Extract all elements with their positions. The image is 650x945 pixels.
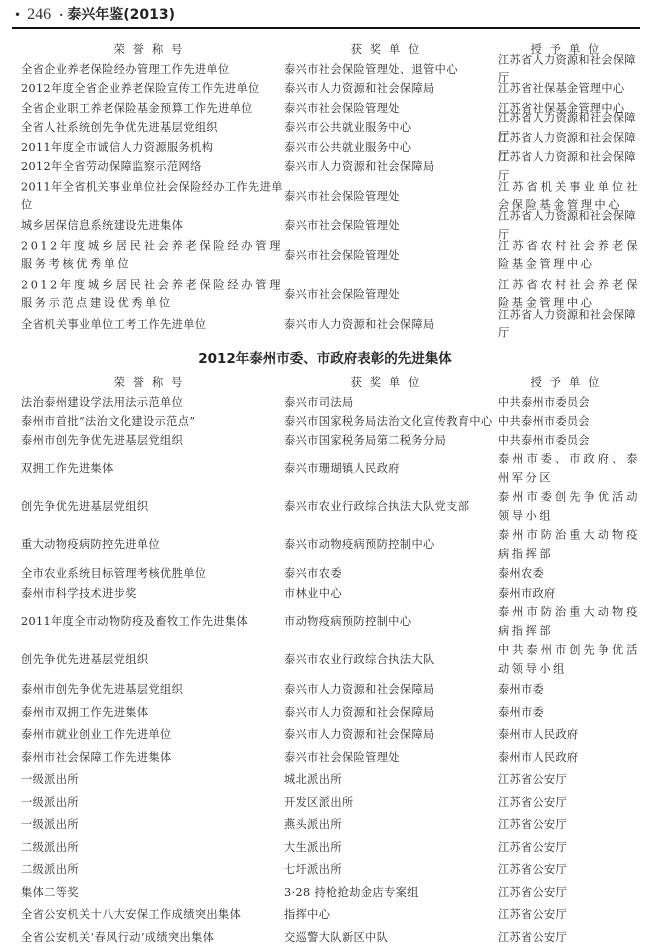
table-row: 泰州市社会保障工作先进集体泰兴市社会保险管理处泰州市人民政府 <box>0 747 650 770</box>
grantor-cell: 泰州市人民政府 <box>498 726 640 745</box>
recipient-cell: 泰兴市国家税务局法治文化宣传教育中心 <box>284 412 494 431</box>
grantor-cell: 江苏省公安厅 <box>498 906 640 925</box>
grantor-cell: 江苏省公安厅 <box>498 794 640 813</box>
table-row: 2012年度全省企业养老保险宣传工作先进单位泰兴市人力资源和社会保障局江苏省社保… <box>0 80 650 100</box>
honor-cell: 一级派出所 <box>21 794 283 813</box>
recipient-cell: 泰兴市公共就业服务中心 <box>284 139 494 158</box>
honor-cell: 法治泰州建设学法用法示范单位 <box>21 393 283 412</box>
honor-cell: 一级派出所 <box>21 771 283 790</box>
table-row: 全省企业养老保险经办管理工作先进单位泰兴市社会保险管理处、退管中心江苏省人力资源… <box>0 60 650 80</box>
honor-cell: 二级派出所 <box>21 861 283 880</box>
table-header: 荣誉称号 获奖单位 授予单位 <box>0 373 650 393</box>
col-header-recipient: 获奖单位 <box>284 41 494 60</box>
honor-cell: 2011年度全市动物防疫及畜牧工作先进集体 <box>21 613 283 632</box>
recipient-cell: 开发区派出所 <box>284 794 494 813</box>
recipient-cell: 泰兴市动物疫病预防控制中心 <box>284 536 494 555</box>
grantor-cell: 江苏省公安厅 <box>498 929 640 945</box>
table-row: 法治泰州建设学法用法示范单位泰兴市司法局中共泰州市委员会 <box>0 393 650 412</box>
table-row: 全省机关事业单位工考工作先进单位泰兴市人力资源和社会保障局江苏省人力资源和社会保… <box>0 314 650 335</box>
book-title: 泰兴年鉴(2013) <box>67 4 175 24</box>
recipient-cell: 泰兴市农业行政综合执法大队党支部 <box>284 498 494 517</box>
recipient-cell: 泰兴市社会保险管理处 <box>284 285 494 304</box>
grantor-cell: 江苏省农村社会养老保险基金管理中心 <box>498 237 640 274</box>
honor-cell: 全省公安机关‘春风行动’成绩突出集体 <box>21 929 283 945</box>
table-row: 二级派出所大生派出所江苏省公安厅 <box>0 837 650 860</box>
recipient-cell: 泰兴市人力资源和社会保障局 <box>284 726 494 745</box>
honor-cell: 城乡居保信息系统建设先进集体 <box>21 217 283 236</box>
table-row: 二级派出所七圩派出所江苏省公安厅 <box>0 859 650 882</box>
grantor-cell: 江苏省公安厅 <box>498 861 640 880</box>
awards-table-1: 荣誉称号 获奖单位 授予单位 全省企业养老保险经办管理工作先进单位泰兴市社会保险… <box>0 40 650 335</box>
recipient-cell: 市林业中心 <box>284 584 494 603</box>
honor-cell: 全省公安机关十八大安保工作成绩突出集体 <box>21 906 283 925</box>
table-row: 2012年度城乡居民社会养老保险经办管理服务考核优秀单位泰兴市社会保险管理处江苏… <box>0 236 650 275</box>
honor-cell: 2011年全省机关事业单位社会保险经办工作先进单位 <box>21 178 283 215</box>
honor-cell: 2012年度城乡居民社会养老保险经办管理服务示范点建设优秀单位 <box>21 276 283 313</box>
honor-cell: 双拥工作先进集体 <box>21 460 283 479</box>
page-header: • 246 · 泰兴年鉴(2013) <box>14 4 175 24</box>
recipient-cell: 泰兴市司法局 <box>284 393 494 412</box>
honor-cell: 全省企业职工养老保险基金预算工作先进单位 <box>21 100 283 119</box>
honor-cell: 创先争优先进基层党组织 <box>21 651 283 670</box>
honor-cell: 泰州市就业创业工作先进单位 <box>21 726 283 745</box>
header-rule <box>12 27 640 29</box>
table-row: 全省公安机关‘春风行动’成绩突出集体交巡警大队新区中队江苏省公安厅 <box>0 927 650 945</box>
recipient-cell: 泰兴市人力资源和社会保障局 <box>284 158 494 177</box>
table-row: 全市农业系统目标管理考核优胜单位泰兴市农委泰州农委 <box>0 564 650 584</box>
recipient-cell: 泰兴市人力资源和社会保障局 <box>284 315 494 334</box>
grantor-cell: 江苏省公安厅 <box>498 816 640 835</box>
honor-cell: 创先争优先进基层党组织 <box>21 498 283 517</box>
honor-cell: 重大动物疫病防控先进单位 <box>21 536 283 555</box>
grantor-cell: 中共泰州市委员会 <box>498 393 640 412</box>
recipient-cell: 泰兴市农业行政综合执法大队 <box>284 651 494 670</box>
honor-cell: 集体二等奖 <box>21 884 283 903</box>
grantor-cell: 中共泰州市委员会 <box>498 431 640 450</box>
table-row: 创先争优先进基层党组织泰兴市农业行政综合执法大队中共泰州市创先争优活动领导小组 <box>0 641 650 679</box>
honor-cell: 泰州市双拥工作先进集体 <box>21 704 283 723</box>
recipient-cell: 泰兴市国家税务局第二税务分局 <box>284 431 494 450</box>
grantor-cell: 泰州市委 <box>498 681 640 700</box>
table-row: 一级派出所开发区派出所江苏省公安厅 <box>0 792 650 815</box>
grantor-cell: 泰州市人民政府 <box>498 749 640 768</box>
grantor-cell: 泰州市防治重大动物疫病指挥部 <box>498 527 640 564</box>
table-row: 一级派出所燕头派出所江苏省公安厅 <box>0 814 650 837</box>
recipient-cell: 交巡警大队新区中队 <box>284 929 494 945</box>
recipient-cell: 泰兴市农委 <box>284 565 494 584</box>
bullet-icon: · <box>59 8 63 22</box>
honor-cell: 一级派出所 <box>21 816 283 835</box>
grantor-cell: 江苏省公安厅 <box>498 839 640 858</box>
col-header-recipient: 获奖单位 <box>284 374 494 393</box>
table-row: 泰州市创先争优先进基层党组织泰兴市国家税务局第二税务分局中共泰州市委员会 <box>0 431 650 450</box>
grantor-cell: 江苏省人力资源和社会保障厅 <box>498 306 640 343</box>
honor-cell: 2011年度全市诚信人力资源服务机构 <box>21 139 283 158</box>
honor-cell: 全市农业系统目标管理考核优胜单位 <box>21 565 283 584</box>
table-row: 一级派出所城北派出所江苏省公安厅 <box>0 769 650 792</box>
col-header-honor: 荣誉称号 <box>21 41 283 60</box>
recipient-cell: 泰兴市社会保险管理处 <box>284 187 494 206</box>
table-row: 城乡居保信息系统建设先进集体泰兴市社会保险管理处江苏省人力资源和社会保障厅 <box>0 216 650 236</box>
table-row: 泰州市科学技术进步奖市林业中心泰州市政府 <box>0 584 650 603</box>
recipient-cell: 3·28 持枪抢劫金店专案组 <box>284 884 494 903</box>
table-row: 集体二等奖3·28 持枪抢劫金店专案组江苏省公安厅 <box>0 882 650 905</box>
honor-cell: 泰州市首批“法治文化建设示范点” <box>21 412 283 431</box>
table-row: 2011年度全市动物防疫及畜牧工作先进集体市动物疫病预防控制中心泰州市防治重大动… <box>0 603 650 641</box>
grantor-cell: 中共泰州市委员会 <box>498 412 640 431</box>
grantor-cell: 泰州市政府 <box>498 584 640 603</box>
recipient-cell: 指挥中心 <box>284 906 494 925</box>
honor-cell: 泰州市科学技术进步奖 <box>21 584 283 603</box>
recipient-cell: 市动物疫病预防控制中心 <box>284 613 494 632</box>
recipient-cell: 泰兴市社会保险管理处 <box>284 749 494 768</box>
grantor-cell: 江苏省社保基金管理中心 <box>498 80 640 99</box>
page-number: 246 <box>27 6 51 24</box>
honor-cell: 全省人社系统创先争优先进基层党组织 <box>21 119 283 138</box>
grantor-cell: 泰州市委 <box>498 704 640 723</box>
table-row: 2012年全省劳动保障监察示范网络泰兴市人力资源和社会保障局江苏省人力资源和社会… <box>0 158 650 178</box>
recipient-cell: 七圩派出所 <box>284 861 494 880</box>
grantor-cell: 泰州农委 <box>498 565 640 584</box>
recipient-cell: 城北派出所 <box>284 771 494 790</box>
grantor-cell: 泰州市委创先争优活动领导小组 <box>498 489 640 526</box>
awards-table-2: 荣誉称号 获奖单位 授予单位 法治泰州建设学法用法示范单位泰兴市司法局中共泰州市… <box>0 373 650 945</box>
recipient-cell: 大生派出所 <box>284 839 494 858</box>
recipient-cell: 泰兴市珊瑚镇人民政府 <box>284 460 494 479</box>
section-title: 2012年泰州市委、市政府表彰的先进集体 <box>0 347 650 367</box>
honor-cell: 全省企业养老保险经办管理工作先进单位 <box>21 61 283 80</box>
recipient-cell: 泰兴市人力资源和社会保障局 <box>284 80 494 99</box>
grantor-cell: 江苏省公安厅 <box>498 771 640 790</box>
recipient-cell: 泰兴市社会保险管理处、退管中心 <box>284 61 494 80</box>
recipient-cell: 泰兴市人力资源和社会保障局 <box>284 704 494 723</box>
grantor-cell: 中共泰州市创先争优活动领导小组 <box>498 642 640 679</box>
table-row: 泰州市首批“法治文化建设示范点”泰兴市国家税务局法治文化宣传教育中心中共泰州市委… <box>0 412 650 431</box>
recipient-cell: 泰兴市社会保险管理处 <box>284 217 494 236</box>
honor-cell: 2012年度城乡居民社会养老保险经办管理服务考核优秀单位 <box>21 237 283 274</box>
recipient-cell: 泰兴市公共就业服务中心 <box>284 119 494 138</box>
recipient-cell: 燕头派出所 <box>284 816 494 835</box>
table-row: 重大动物疫病防控先进单位泰兴市动物疫病预防控制中心泰州市防治重大动物疫病指挥部 <box>0 526 650 564</box>
honor-cell: 2012年全省劳动保障监察示范网络 <box>21 158 283 177</box>
grantor-cell: 江苏省公安厅 <box>498 884 640 903</box>
honor-cell: 全省机关事业单位工考工作先进单位 <box>21 315 283 334</box>
bullet-icon: • <box>14 8 21 22</box>
honor-cell: 泰州市社会保障工作先进集体 <box>21 749 283 768</box>
table-row: 泰州市就业创业工作先进单位泰兴市人力资源和社会保障局泰州市人民政府 <box>0 724 650 747</box>
honor-cell: 二级派出所 <box>21 839 283 858</box>
honor-cell: 2012年度全省企业养老保险宣传工作先进单位 <box>21 80 283 99</box>
recipient-cell: 泰兴市社会保险管理处 <box>284 100 494 119</box>
grantor-cell: 泰州市防治重大动物疫病指挥部 <box>498 604 640 641</box>
table-row: 泰州市双拥工作先进集体泰兴市人力资源和社会保障局泰州市委 <box>0 702 650 725</box>
table-row: 双拥工作先进集体泰兴市珊瑚镇人民政府泰州市委、市政府、泰州军分区 <box>0 450 650 488</box>
col-header-grantor: 授予单位 <box>498 374 640 393</box>
recipient-cell: 泰兴市人力资源和社会保障局 <box>284 681 494 700</box>
honor-cell: 泰州市创先争优先进基层党组织 <box>21 431 283 450</box>
recipient-cell: 泰兴市社会保险管理处 <box>284 246 494 265</box>
table-row: 泰州市创先争优先进基层党组织泰兴市人力资源和社会保障局泰州市委 <box>0 679 650 702</box>
honor-cell: 泰州市创先争优先进基层党组织 <box>21 681 283 700</box>
grantor-cell: 泰州市委、市政府、泰州军分区 <box>498 451 640 488</box>
table-row: 创先争优先进基层党组织泰兴市农业行政综合执法大队党支部泰州市委创先争优活动领导小… <box>0 488 650 526</box>
col-header-honor: 荣誉称号 <box>21 374 283 393</box>
table-row: 全省公安机关十八大安保工作成绩突出集体指挥中心江苏省公安厅 <box>0 904 650 927</box>
